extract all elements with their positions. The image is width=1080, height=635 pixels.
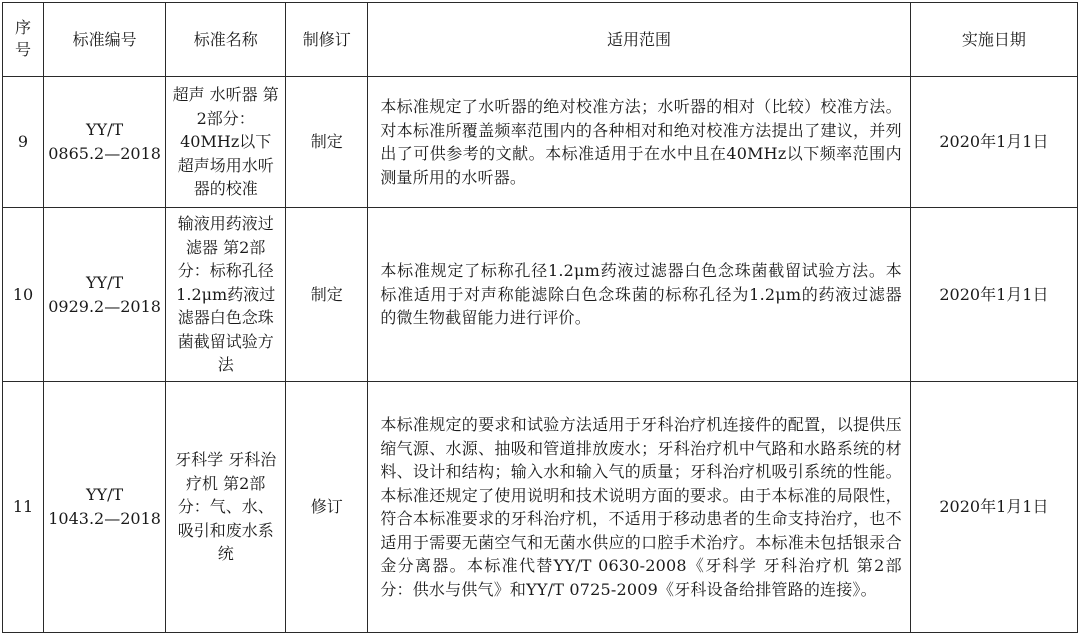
row-date: 2020年1月1日 — [910, 208, 1077, 382]
row-no: 10 — [3, 208, 44, 382]
code-number: 0929.2—2018 — [44, 295, 165, 319]
row-scope: 本标准规定的要求和试验方法适用于牙科治疗机连接件的配置，以提供压缩气源、水源、抽… — [368, 382, 911, 633]
row-name: 输液用药液过滤器 第2部分：标称孔径1.2μm药液过滤器白色念珠菌截留试验方法 — [166, 208, 286, 382]
row-date: 2020年1月1日 — [910, 382, 1077, 633]
code-number: 1043.2—2018 — [44, 507, 165, 531]
row-type: 制定 — [286, 208, 368, 382]
header-scope: 适用范围 — [368, 3, 911, 77]
code-number: 0865.2—2018 — [44, 142, 165, 166]
standards-table: 序号 标准编号 标准名称 制修订 适用范围 实施日期 9 YY/T 0865.2… — [2, 2, 1078, 633]
header-name: 标准名称 — [166, 3, 286, 77]
row-code: YY/T 0865.2—2018 — [44, 77, 166, 208]
row-name: 超声 水听器 第2部分：40MHz以下超声场用水听器的校准 — [166, 77, 286, 208]
table-row: 11 YY/T 1043.2—2018 牙科学 牙科治疗机 第2部分：气、水、吸… — [3, 382, 1078, 633]
header-type: 制修订 — [286, 3, 368, 77]
row-type: 制定 — [286, 77, 368, 208]
row-code: YY/T 1043.2—2018 — [44, 382, 166, 633]
row-scope: 本标准规定了水听器的绝对校准方法；水听器的相对（比较）校准方法。对本标准所覆盖频… — [368, 77, 911, 208]
header-date: 实施日期 — [910, 3, 1077, 77]
header-no: 序号 — [3, 3, 44, 77]
code-prefix: YY/T — [44, 271, 165, 295]
code-prefix: YY/T — [44, 483, 165, 507]
header-code: 标准编号 — [44, 3, 166, 77]
row-type: 修订 — [286, 382, 368, 633]
header-row: 序号 标准编号 标准名称 制修订 适用范围 实施日期 — [3, 3, 1078, 77]
row-no: 9 — [3, 77, 44, 208]
table-row: 10 YY/T 0929.2—2018 输液用药液过滤器 第2部分：标称孔径1.… — [3, 208, 1078, 382]
row-name: 牙科学 牙科治疗机 第2部分：气、水、吸引和废水系统 — [166, 382, 286, 633]
row-code: YY/T 0929.2—2018 — [44, 208, 166, 382]
table-row: 9 YY/T 0865.2—2018 超声 水听器 第2部分：40MHz以下超声… — [3, 77, 1078, 208]
row-scope: 本标准规定了标称孔径1.2μm药液过滤器白色念珠菌截留试验方法。本标准适用于对声… — [368, 208, 911, 382]
row-date: 2020年1月1日 — [910, 77, 1077, 208]
code-prefix: YY/T — [44, 118, 165, 142]
row-no: 11 — [3, 382, 44, 633]
